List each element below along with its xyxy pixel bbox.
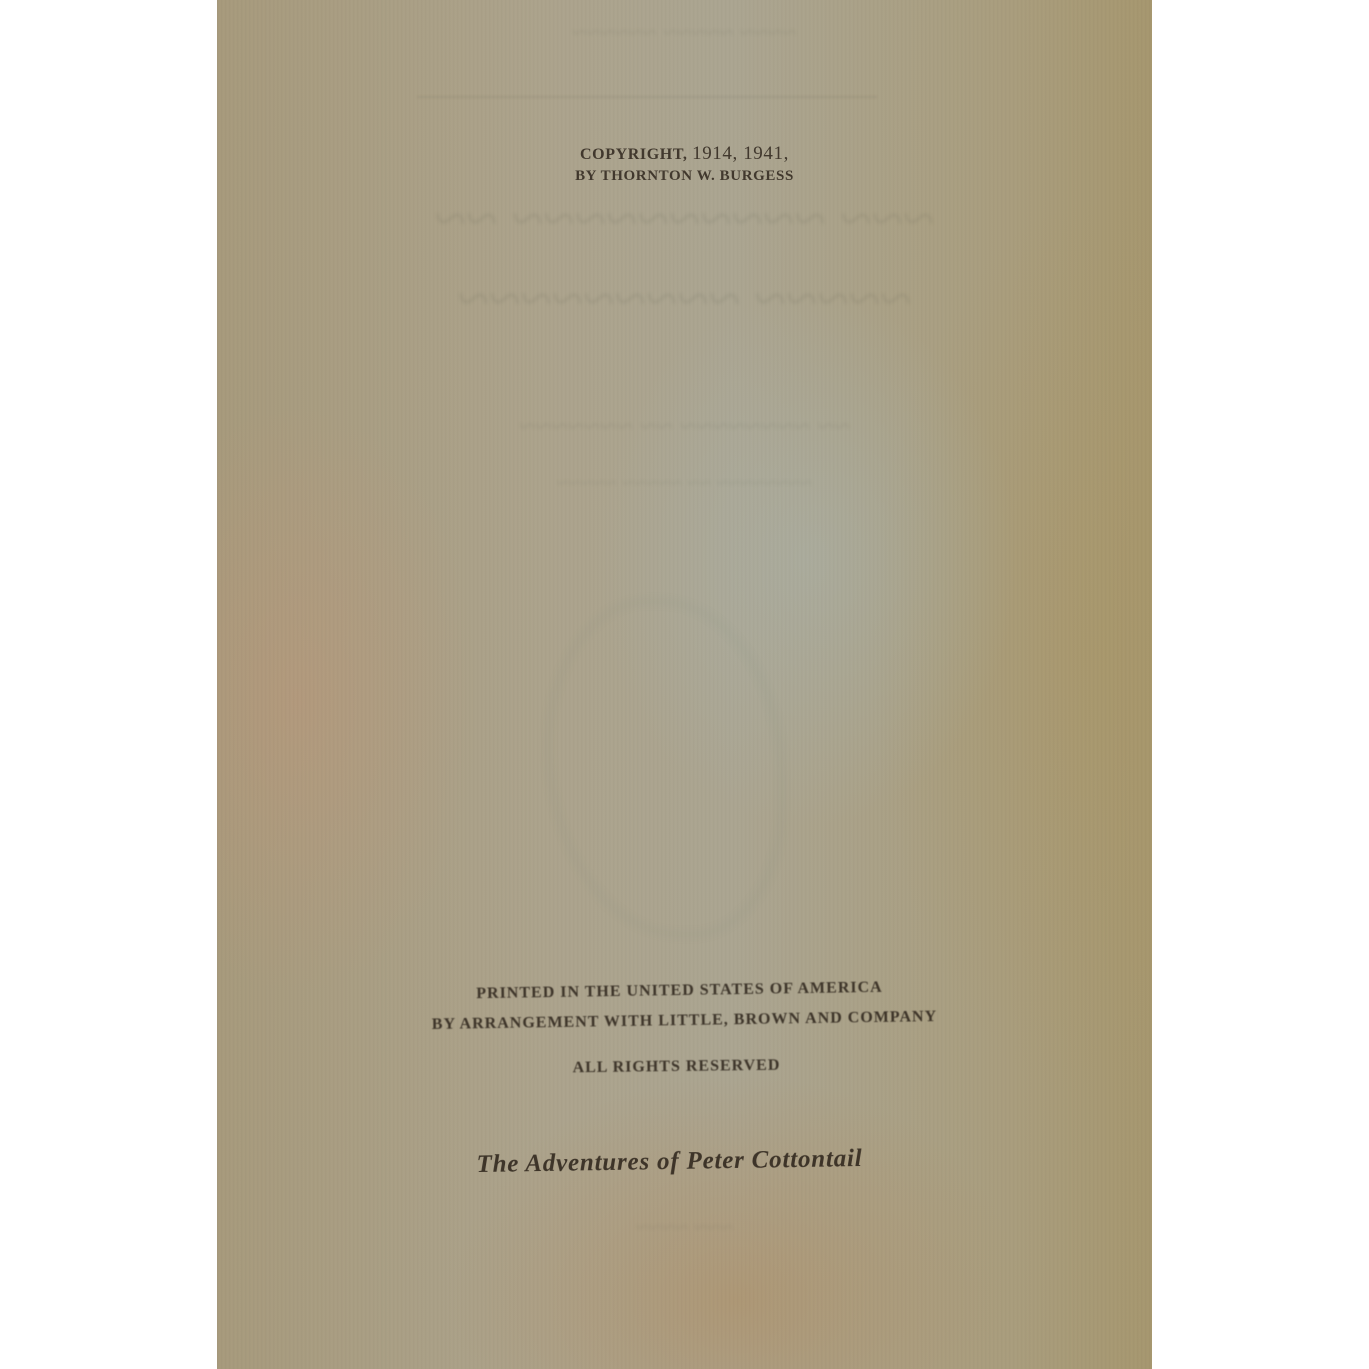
copyright-label: COPYRIGHT,	[580, 146, 687, 163]
bleed-through-text: ~~~ ~~~~~~~~~~ ~~	[217, 185, 1152, 252]
copyright-author: BY THORNTON W. BURGESS	[217, 168, 1152, 185]
bleed-through-text: ~~~~~ ~~~~~~~~~	[217, 265, 1152, 332]
copyright-notice: COPYRIGHT, 1914, 1941,	[217, 143, 1152, 165]
bleed-through-illustration	[547, 600, 783, 936]
book-page: ~~~~ ~~~~~ ~~~~~~ ~~~ ~~~~~~~~~~ ~~ ~~~~…	[217, 0, 1152, 1369]
bleed-through-text: ~~~~ ~~~~~ ~~~~~~	[217, 18, 1152, 48]
bleed-through-rule	[417, 96, 877, 98]
bleed-through-text: ~~~ ~~~~	[217, 1215, 1152, 1242]
imprint-line-arrangement: BY ARRANGEMENT WITH LITTLE, BROWN AND CO…	[217, 1005, 1152, 1038]
imprint-line-printed-in: PRINTED IN THE UNITED STATES OF AMERICA	[217, 975, 1147, 1008]
bleed-through-text: ~~ ~~~~~~~~ ~~ ~~~~~~~	[217, 410, 1152, 444]
imprint-line-rights: ALL RIGHTS RESERVED	[217, 1052, 1144, 1081]
copyright-years: 1914, 1941,	[692, 143, 789, 164]
book-title: The Adventures of Peter Cottontail	[217, 1141, 1137, 1184]
bleed-through-text: ~~~~~~~~ ~~ ~~~~~ ~~~~~	[217, 470, 1152, 496]
